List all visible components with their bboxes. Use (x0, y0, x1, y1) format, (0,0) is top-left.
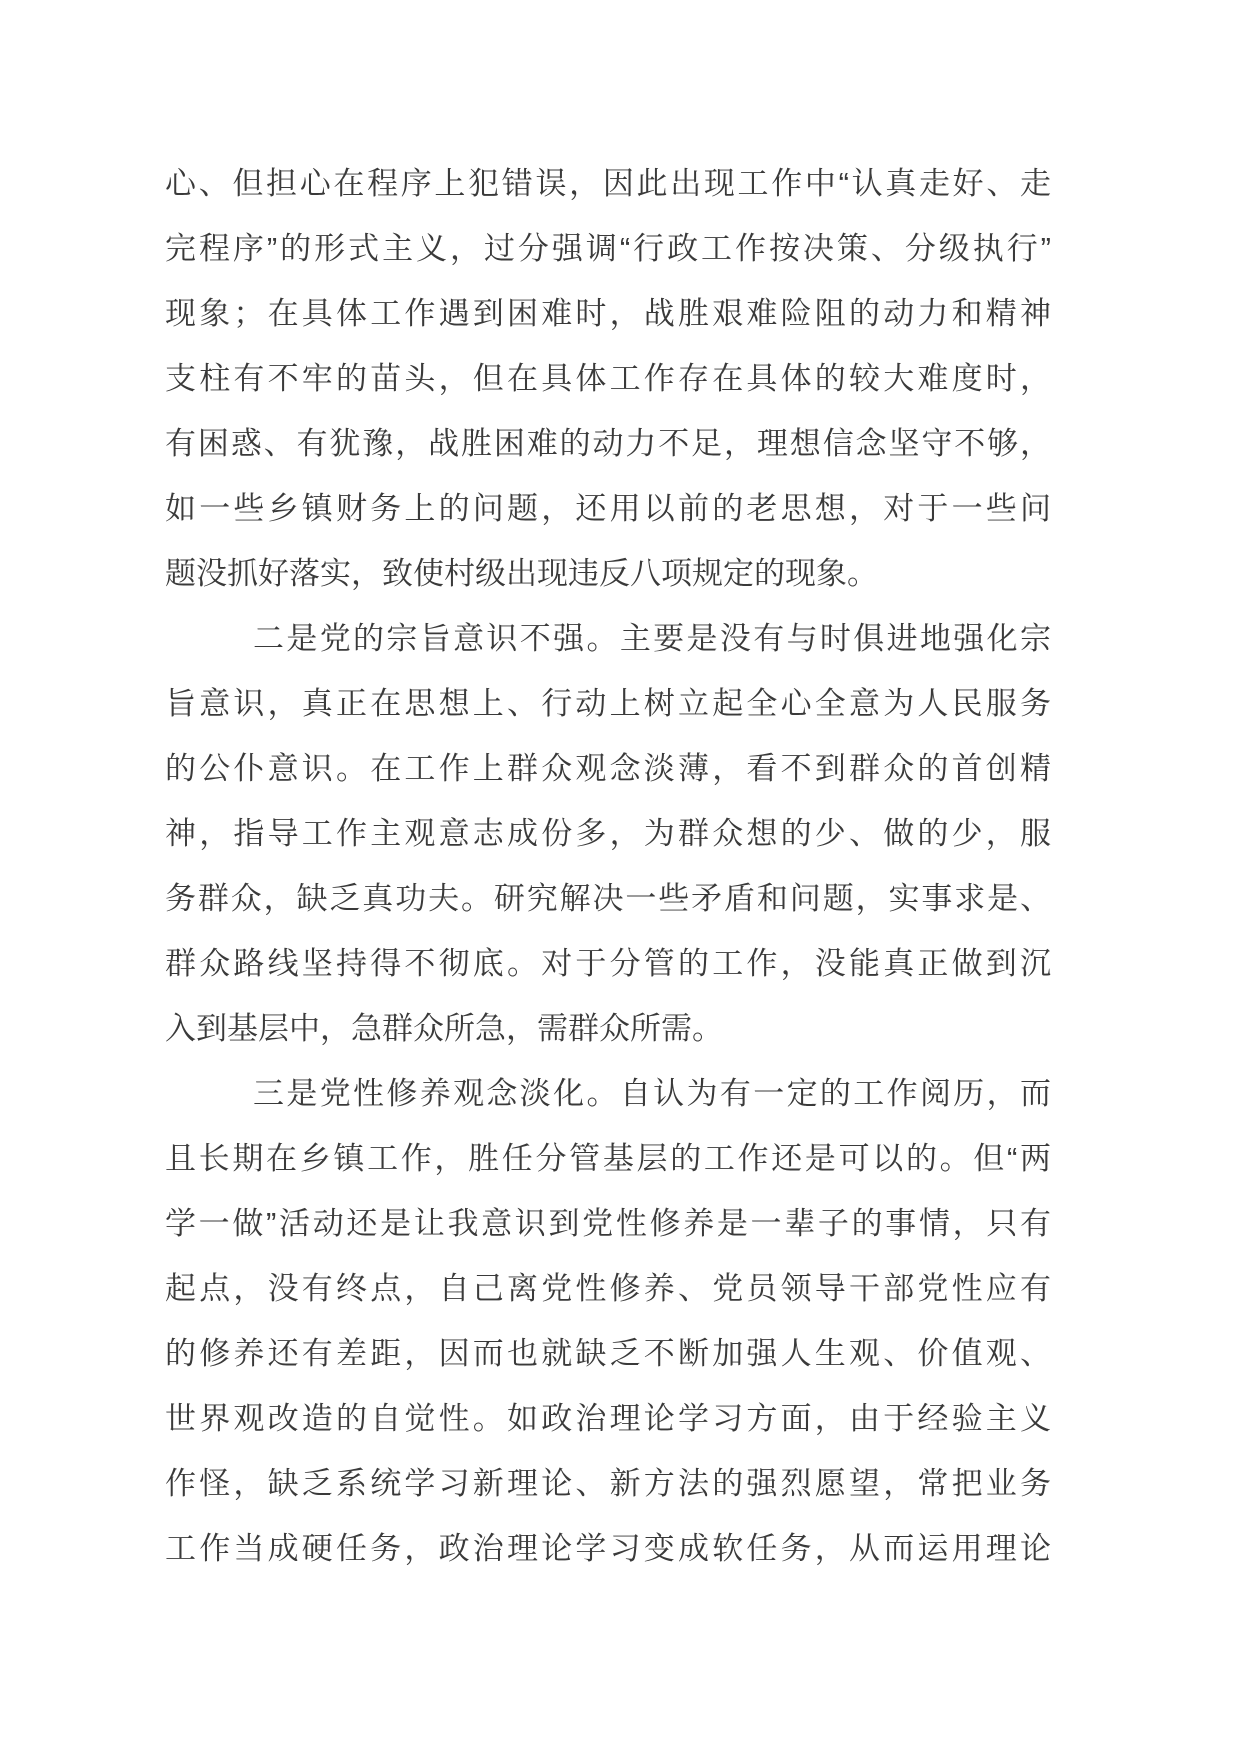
text-line: 二是党的宗旨意识不强。主要是没有与时俱进地强化宗 (165, 606, 1051, 671)
text-line: 且长期在乡镇工作，胜任分管基层的工作还是可以的。但“两 (165, 1126, 1051, 1191)
text-line: 旨意识，真正在思想上、行动上树立起全心全意为人民服务 (165, 671, 1051, 736)
text-line: 题没抓好落实，致使村级出现违反八项规定的现象。 (165, 541, 1051, 606)
text-line: 入到基层中，急群众所急，需群众所需。 (165, 996, 1051, 1061)
text-line: 务群众，缺乏真功夫。研究解决一些矛盾和问题，实事求是、 (165, 866, 1051, 931)
paragraph-continued: 心、但担心在程序上犯错误，因此出现工作中“认真走好、走 完程序”的形式主义，过分… (165, 151, 1051, 606)
text-line: 完程序”的形式主义，过分强调“行政工作按决策、分级执行” (165, 216, 1051, 281)
text-line: 有困惑、有犹豫，战胜困难的动力不足，理想信念坚守不够， (165, 411, 1051, 476)
paragraph-second-point: 二是党的宗旨意识不强。主要是没有与时俱进地强化宗 旨意识，真正在思想上、行动上树… (165, 606, 1051, 1061)
text-line: 如一些乡镇财务上的问题，还用以前的老思想，对于一些问 (165, 476, 1051, 541)
text-line: 作怪，缺乏系统学习新理论、新方法的强烈愿望，常把业务 (165, 1451, 1051, 1516)
text-line: 的公仆意识。在工作上群众观念淡薄，看不到群众的首创精 (165, 736, 1051, 801)
text-line: 群众路线坚持得不彻底。对于分管的工作，没能真正做到沉 (165, 931, 1051, 996)
text-line: 工作当成硬任务，政治理论学习变成软任务，从而运用理论 (165, 1516, 1051, 1581)
text-line: 支柱有不牢的苗头，但在具体工作存在具体的较大难度时， (165, 346, 1051, 411)
text-line: 心、但担心在程序上犯错误，因此出现工作中“认真走好、走 (165, 151, 1051, 216)
text-line: 神，指导工作主观意志成份多，为群众想的少、做的少，服 (165, 801, 1051, 866)
document-page: 心、但担心在程序上犯错误，因此出现工作中“认真走好、走 完程序”的形式主义，过分… (0, 0, 1241, 1755)
text-line: 学一做”活动还是让我意识到党性修养是一辈子的事情，只有 (165, 1191, 1051, 1256)
text-line: 现象；在具体工作遇到困难时，战胜艰难险阻的动力和精神 (165, 281, 1051, 346)
text-line: 三是党性修养观念淡化。自认为有一定的工作阅历，而 (165, 1061, 1051, 1126)
text-line: 起点，没有终点，自己离党性修养、党员领导干部党性应有 (165, 1256, 1051, 1321)
document-text-block: 心、但担心在程序上犯错误，因此出现工作中“认真走好、走 完程序”的形式主义，过分… (165, 151, 1051, 1581)
paragraph-third-point: 三是党性修养观念淡化。自认为有一定的工作阅历，而 且长期在乡镇工作，胜任分管基层… (165, 1061, 1051, 1581)
text-line: 世界观改造的自觉性。如政治理论学习方面，由于经验主义 (165, 1386, 1051, 1451)
text-line: 的修养还有差距，因而也就缺乏不断加强人生观、价值观、 (165, 1321, 1051, 1386)
